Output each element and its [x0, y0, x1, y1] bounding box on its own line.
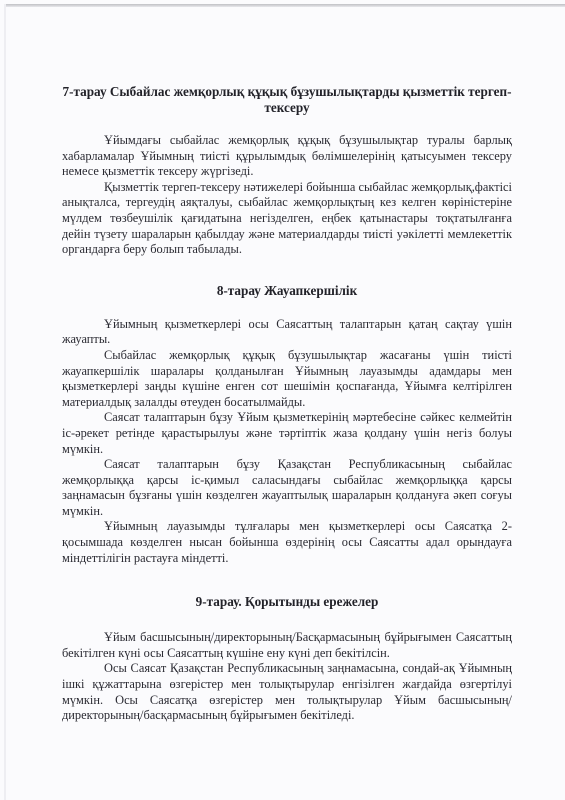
scan-left-edge — [4, 4, 6, 800]
section-8-paragraph: Саясат талаптарын бұзу Ұйым қызметкеріні… — [62, 410, 512, 457]
section-7-paragraph: Қызметтік тергеп-тексеру нәтижелері бойы… — [62, 180, 512, 258]
section-8-paragraph: Ұйымның қызметкерлері осы Саясаттың тала… — [62, 317, 512, 348]
document-page: 7-тарау Сыбайлас жемқорлық құқық бұзушыл… — [62, 84, 512, 724]
section-9-title: 9-тарау. Қорытынды ережелер — [62, 594, 512, 610]
section-8-title: 8-тарау Жауапкершілік — [62, 283, 512, 299]
section-7-title: 7-тарау Сыбайлас жемқорлық құқық бұзушыл… — [62, 84, 512, 116]
section-8-paragraph: Ұйымның лауазымды тұлғалары мен қызметке… — [62, 519, 512, 566]
scan-top-edge — [6, 4, 565, 7]
section-9-paragraph: Ұйым басшысының/директорының/Басқармасын… — [62, 630, 512, 661]
section-8-paragraph: Саясат талаптарын бұзу Қазақстан Республ… — [62, 457, 512, 519]
section-7-paragraph: Ұйымдағы сыбайлас жемқорлық құқық бұзушы… — [62, 133, 512, 180]
section-8-paragraph: Сыбайлас жемқорлық құқық бұзушылықтар жа… — [62, 348, 512, 410]
section-9-paragraph: Осы Саясат Қазақстан Республикасының заң… — [62, 661, 512, 723]
